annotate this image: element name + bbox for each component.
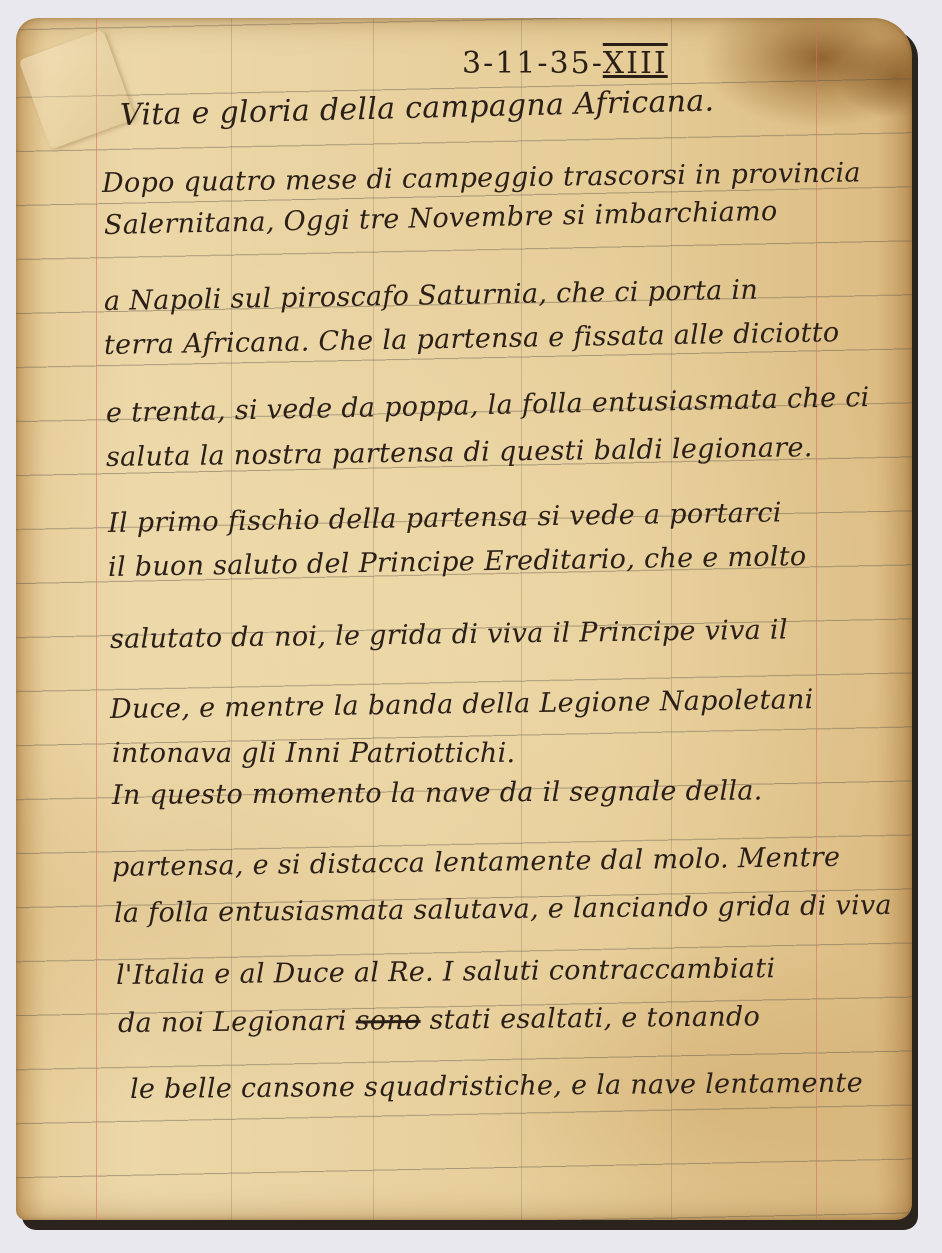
date-value: 3-11-35- — [462, 46, 603, 81]
text-line-2: Salernitana, Oggi tre Novembre si imbarc… — [104, 196, 778, 241]
entry-title: Vita e gloria della campagna Africana. — [120, 83, 715, 133]
fascist-era-year: XIII — [603, 46, 668, 81]
text-line-17: le belle cansone squadristiche, e la nav… — [130, 1068, 863, 1105]
text-line-5: e trenta, si vede da poppa, la folla ent… — [106, 382, 870, 429]
text-fragment: da noi Legionari — [118, 1006, 347, 1039]
text-line-10: Duce, e mentre la banda della Legione Na… — [110, 684, 814, 725]
text-line-8: il buon saluto del Principe Ereditario, … — [108, 541, 807, 583]
text-line-9: salutato da noi, le grida di viva il Pri… — [110, 615, 788, 655]
struck-out-word: sono — [355, 1005, 420, 1037]
text-line-15: l'Italia e al Duce al Re. I saluti contr… — [116, 953, 776, 991]
text-line-6: saluta la nostra partensa di questi bald… — [106, 432, 813, 473]
text-line-11: intonava gli Inni Patriottichi. — [112, 738, 515, 769]
text-line-7: Il primo fischio della partensa si vede … — [108, 497, 782, 539]
text-line-3: a Napoli sul piroscafo Saturnia, che ci … — [104, 275, 759, 317]
text-line-13: partensa, e si distacca lentamente dal m… — [112, 842, 841, 883]
handwritten-text: 3-11-35-XIII Vita e gloria della campagn… — [0, 0, 942, 1253]
photo-scene: 3-11-35-XIII Vita e gloria della campagn… — [0, 0, 942, 1253]
text-line-16: da noi Legionari sono stati esaltati, e … — [118, 1001, 760, 1039]
text-line-14: la folla entusiasmata salutava, e lancia… — [114, 890, 892, 929]
text-fragment: stati esaltati, e tonando — [429, 1001, 760, 1035]
entry-date: 3-11-35-XIII — [462, 46, 668, 81]
text-line-12: In questo momento la nave da il segnale … — [112, 775, 763, 811]
text-line-4: terra Africana. Che la partensa e fissat… — [104, 317, 840, 361]
text-line-1: Dopo quatro mese di campeggio trascorsi … — [102, 157, 861, 199]
